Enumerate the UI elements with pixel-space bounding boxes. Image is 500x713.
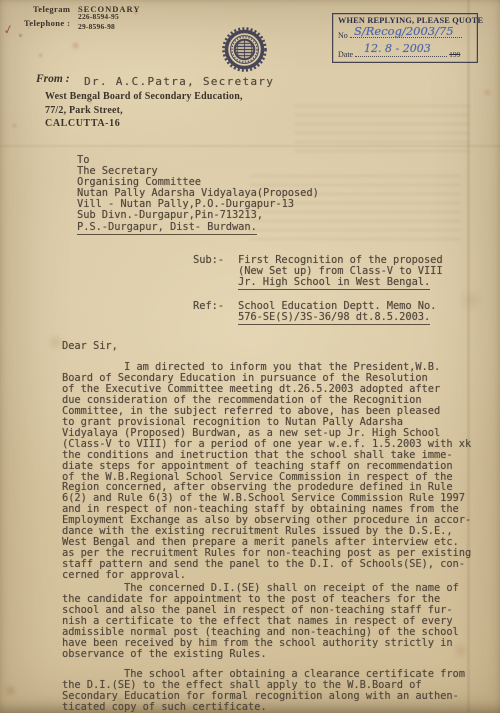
subject-line-3: Jr. High School in West Bengal. xyxy=(238,276,430,290)
from-label: From : xyxy=(36,73,70,85)
quote-stamp-box: WHEN REPLYING, PLEASE QUOTE No S/Recog/2… xyxy=(332,13,478,63)
from-organization: West Bengal Board of Secondary Education… xyxy=(45,91,243,102)
from-name: Dr. A.C.Patra, Secretary xyxy=(84,75,274,88)
board-seal-icon xyxy=(222,27,267,72)
quote-date-row: Date 199 12. 8 - 2003 xyxy=(338,47,473,59)
phone-number-2: 29-8596-98 xyxy=(78,22,119,32)
quote-year-print: 199 xyxy=(449,50,460,59)
quote-no-label: No xyxy=(338,31,348,40)
from-street: 77/2, Park Street, xyxy=(45,105,123,116)
telephone-label: Telephone : xyxy=(24,18,70,28)
reference-line-2: 576-SE(S)/3S-36/98 dt.8.5.2003. xyxy=(238,311,430,325)
phone-number-1: 226-8594-95 xyxy=(78,12,119,22)
subject-line-3-text: Jr. High School in West Bengal. xyxy=(238,276,430,290)
from-city: CALCUTTA-16 xyxy=(45,118,120,129)
recipient-ps-text: P.S.-Durgapur, Dist- Burdwan. xyxy=(77,221,257,235)
telegram-label: Telegram xyxy=(33,4,70,14)
subject-label: Sub:- xyxy=(193,254,224,266)
quote-date-label: Date xyxy=(338,50,353,59)
quote-no-handwritten-value: S/Recog/2003/75 xyxy=(354,24,454,38)
reference-line-2-text: 576-SE(S)/3S-36/98 dt.8.5.2003. xyxy=(238,311,430,325)
telephone-numbers: 226-8594-95 29-8596-98 xyxy=(78,12,119,31)
quote-no-row: No S/Recog/2003/75 xyxy=(338,28,473,40)
salutation: Dear Sir, xyxy=(62,340,118,352)
ink-bleedthrough xyxy=(295,98,470,156)
body-paragraph-3: The school after obtaining a clearance c… xyxy=(62,669,465,713)
paper-stain-spots xyxy=(0,0,1,1)
body-paragraph-1: I am directed to inform you that the Pre… xyxy=(62,362,471,581)
reference-label: Ref:- xyxy=(193,300,224,312)
recipient-ps-line: P.S.-Durgapur, Dist- Burdwan. xyxy=(77,221,257,235)
letter-page: Telegram SECONDARY Telephone : 226-8594-… xyxy=(0,0,500,713)
body-paragraph-2: The concerned D.I.(SE) shall on receipt … xyxy=(62,583,459,660)
recipient-address: To The Secretary Organising Committee Nu… xyxy=(77,155,319,221)
quote-date-handwritten-value: 12. 8 - 2003 xyxy=(364,42,431,55)
red-check-mark-icon: ✓ xyxy=(1,21,15,39)
